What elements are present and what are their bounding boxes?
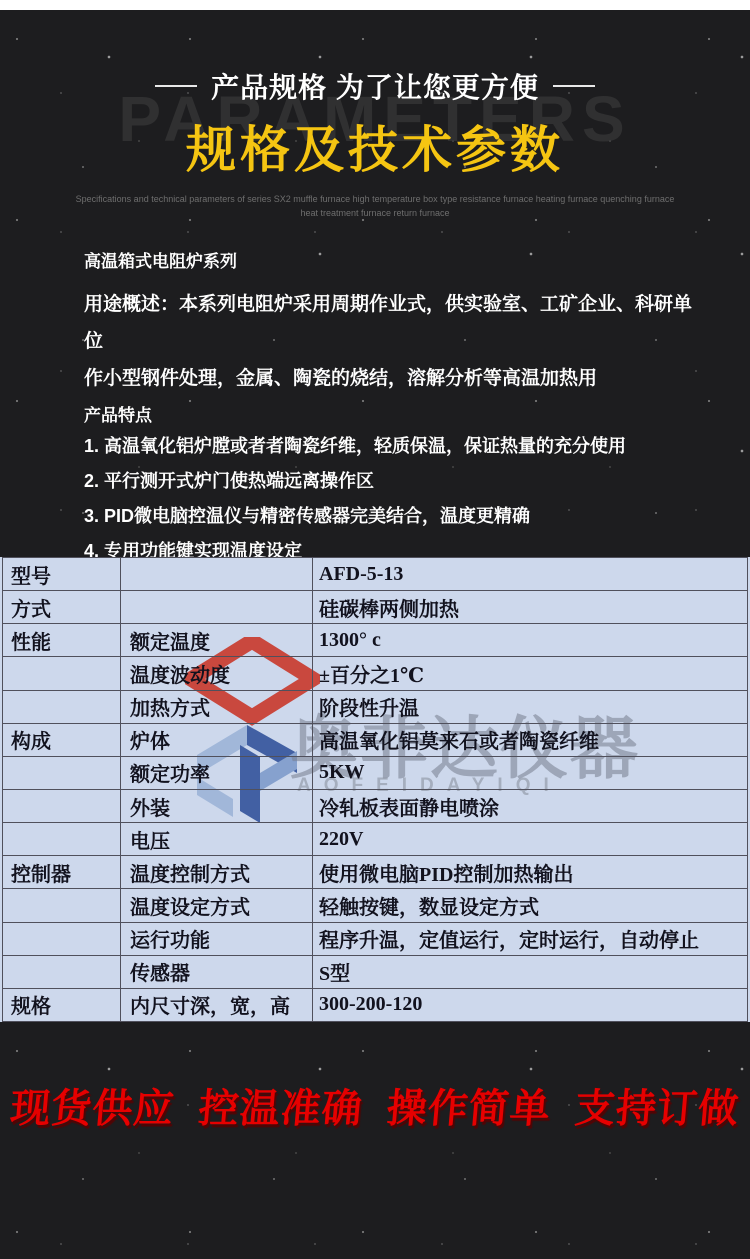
spec-table-section: 奥非达仪器 AOFEIDAYIQI 型号 AFD-5-13 方式 硅碳棒两侧加热… [0,557,750,1022]
spec-group-cell: 规格 [3,988,121,1021]
table-row: 性能 额定温度 1300° c [3,624,748,657]
spec-value-cell: 300-200-120 [313,988,748,1021]
feature-item: 2. 平行测开式炉门使热端远离操作区 [84,464,704,499]
spec-value-cell: 冷轧板表面静电喷涂 [313,789,748,822]
spec-value-cell: 使用微电脑PID控制加热输出 [313,856,748,889]
feature-item: 3. PID微电脑控温仪与精密传感器完美结合，温度更精确 [84,499,704,534]
spec-group-cell [3,922,121,955]
header-section: PARAMETERS 产品规格 为了让您更方便 规格及技术参数 Specific… [0,10,750,557]
spec-label-cell [121,558,313,591]
product-detail-page: PARAMETERS 产品规格 为了让您更方便 规格及技术参数 Specific… [0,0,750,1259]
product-intro: 高温箱式电阻炉系列 用途概述：本系列电阻炉采用周期作业式，供实验室、工矿企业、科… [84,250,704,557]
spec-group-cell [3,955,121,988]
spec-value-cell: 阶段性升温 [313,690,748,723]
spec-label-cell: 额定温度 [121,624,313,657]
subtitle-english: Specifications and technical parameters … [0,192,750,220]
spec-table: 型号 AFD-5-13 方式 硅碳棒两侧加热 性能 额定温度 1300° c 温… [2,557,748,1022]
table-row: 方式 硅碳棒两侧加热 [3,591,748,624]
usage-line1: 用途概述：本系列电阻炉采用周期作业式，供实验室、工矿企业、科研单位 [84,286,704,360]
spec-group-cell [3,789,121,822]
decorative-line-right [553,85,595,87]
spec-label-cell: 电压 [121,823,313,856]
usage-line2: 作小型钢件处理，金属、陶瓷的烧结，溶解分析等高温加热用 [84,360,704,397]
feature-item: 4. 专用功能键实现温度设定 [84,534,704,557]
table-row: 构成 炉体 高温氧化铝莫来石或者陶瓷纤维 [3,723,748,756]
page-title: 规格及技术参数 [0,110,750,182]
spec-value-cell: 程序升温，定值运行，定时运行，自动停止 [313,922,748,955]
spec-group-cell: 型号 [3,558,121,591]
subtitle-line1: Specifications and technical parameters … [76,194,675,204]
table-row: 运行功能 程序升温，定值运行，定时运行，自动停止 [3,922,748,955]
spec-label-cell: 外装 [121,789,313,822]
spec-label-cell: 传感器 [121,955,313,988]
spec-label-cell: 炉体 [121,723,313,756]
section-kicker: 产品规格 为了让您更方便 [211,66,539,106]
spec-value-cell: 硅碳棒两侧加热 [313,591,748,624]
promo-banner: 现货供应 控温准确 操作简单 支持订做 [0,1077,750,1134]
spec-group-cell: 性能 [3,624,121,657]
table-row: 温度波动度 ±百分之1℃ [3,657,748,690]
spec-group-cell [3,690,121,723]
spec-label-cell: 温度波动度 [121,657,313,690]
spec-label-cell: 加热方式 [121,690,313,723]
spec-label-cell: 运行功能 [121,922,313,955]
footer-banner-section: 现货供应 控温准确 操作简单 支持订做 [0,1022,750,1259]
spec-value-cell: S型 [313,955,748,988]
spec-value-cell: 5KW [313,756,748,789]
spec-value-cell: AFD-5-13 [313,558,748,591]
table-row: 传感器 S型 [3,955,748,988]
series-title: 高温箱式电阻炉系列 [84,250,704,274]
spec-label-cell: 温度控制方式 [121,856,313,889]
table-row: 型号 AFD-5-13 [3,558,748,591]
top-margin-strip [0,0,750,10]
spec-group-cell: 控制器 [3,856,121,889]
spec-value-cell: 1300° c [313,624,748,657]
spec-label-cell: 内尺寸深，宽，高 [121,988,313,1021]
table-row: 温度设定方式 轻触按键，数显设定方式 [3,889,748,922]
table-row: 电压 220V [3,823,748,856]
table-row: 外装 冷轧板表面静电喷涂 [3,789,748,822]
features-title: 产品特点 [84,403,704,429]
spec-group-cell [3,756,121,789]
spec-label-cell: 额定功率 [121,756,313,789]
table-row: 额定功率 5KW [3,756,748,789]
spec-label-cell [121,591,313,624]
spec-value-cell: 轻触按键，数显设定方式 [313,889,748,922]
kicker-row: 产品规格 为了让您更方便 [0,66,750,106]
spec-group-cell [3,889,121,922]
spec-group-cell [3,823,121,856]
spec-group-cell: 方式 [3,591,121,624]
spec-group-cell: 构成 [3,723,121,756]
spec-group-cell [3,657,121,690]
feature-item: 1. 高温氧化铝炉膛或者者陶瓷纤维，轻质保温，保证热量的充分使用 [84,429,704,464]
table-row: 控制器 温度控制方式 使用微电脑PID控制加热输出 [3,856,748,889]
spec-value-cell: ±百分之1℃ [313,657,748,690]
decorative-line-left [155,85,197,87]
table-row: 加热方式 阶段性升温 [3,690,748,723]
spec-value-cell: 高温氧化铝莫来石或者陶瓷纤维 [313,723,748,756]
subtitle-line2: heat treatment furnace return furnace [300,208,449,218]
spec-value-cell: 220V [313,823,748,856]
spec-label-cell: 温度设定方式 [121,889,313,922]
table-row: 规格 内尺寸深，宽，高 300-200-120 [3,988,748,1021]
